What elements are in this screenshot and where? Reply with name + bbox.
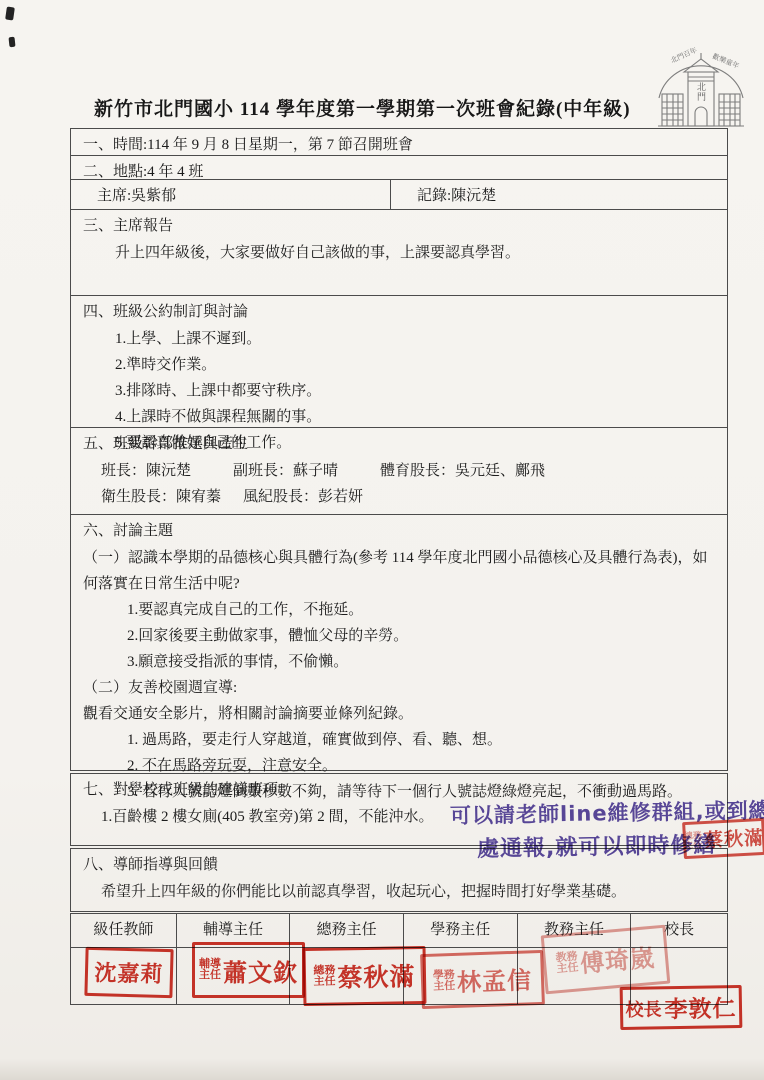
section-heading: 四、班級公約制訂與討論 [83,299,717,326]
stamp-prefix: 總務 主任 [684,831,703,850]
time-row: 一、時間:114 年 9 月 8 日星期一，第 7 節召開班會 [70,128,728,156]
academic-affairs-director-stamp: 教務 主任 傅琦崴 [541,925,671,995]
school-emblem-icon: 北門百年 歡樂童年 北 門 [650,46,752,132]
topic-intro: 觀看交通安全影片，將相關討論摘要並條列紀錄。 [83,701,717,727]
scan-artifact-speck [5,7,15,21]
meeting-record-table: 一、時間:114 年 9 月 8 日星期一，第 7 節召開班會 二、地點:4 年… [70,128,728,1005]
homeroom-teacher-stamp: 沈嘉莉 [84,947,173,998]
section-class-rules: 四、班級公約制訂與討論 1.上學、上課不遲到。 2.準時交作業。 3.排隊時、上… [70,295,728,428]
stamp-prefix: 輔導 主任 [199,959,221,981]
counseling-director-stamp: 輔導 主任 蕭文欽 [192,942,305,998]
stamp-name: 蔡秋滿 [337,957,416,994]
stamp-prefix: 校長 [625,995,661,1022]
page-title: 新竹市北門國小 114 學年度第一學期第一次班會紀錄(中年級) [94,94,654,121]
officer: 衛生股長：陳宥蓁 [101,489,221,505]
officer: 副班長：蘇子晴 [233,463,338,479]
stamp-prefix-bottom: 主任 [313,977,335,988]
list-item: 3.排隊時、上課中都要守秩序。 [83,378,717,404]
chair-cell: 主席:吳紫郁 [71,180,391,209]
stamp-prefix-bottom: 主任 [556,962,579,975]
section-class-officers: 五、班級幹部推選與產生 班長：陳沅楚副班長：蘇子晴體育股長：吳元廷、鄺飛 衛生股… [70,427,728,515]
emblem-arc-right-text: 歡樂童年 [711,52,740,71]
stamp-prefix-bottom: 主任 [684,840,702,850]
section-heading: 六、討論主題 [83,518,717,545]
recorder-cell: 記錄:陳沅楚 [391,180,727,209]
list-item: 1.上學、上課不遲到。 [83,326,717,352]
topic-paragraph: （二）友善校園週宣導: [83,675,717,701]
scanned-meeting-record-page: 新竹市北門國小 114 學年度第一學期第一次班會紀錄(中年級) 北門百年 歡樂童… [0,0,764,1080]
section-line: 希望升上四年級的你們能比以前認真學習，收起玩心，把握時間打好學業基礎。 [83,879,717,905]
section-line: 升上四年級後，大家要做好自己該做的事，上課要認真學習。 [83,240,717,266]
stamp-name: 李敦仁 [664,990,737,1024]
stamp-name: 蔡秋滿 [703,823,764,853]
section-heading: 五、班級幹部推選與產生 [83,431,717,458]
section-chair-report: 三、主席報告 升上四年級後，大家要做好自己該做的事，上課要認真學習。 [70,209,728,296]
list-item: 3.願意接受指派的事情，不偷懶。 [83,649,717,675]
stamp-prefix-bottom: 主任 [433,980,455,992]
emblem-tower-label-top: 北 [697,81,706,92]
stamp-prefix: 總務 主任 [313,966,335,988]
stamp-prefix-bottom: 主任 [199,970,221,981]
chair-recorder-row: 主席:吳紫郁 記錄:陳沅楚 [70,179,728,210]
stamp-name: 沈嘉莉 [94,956,164,989]
list-item: 2.回家後要主動做家事，體恤父母的辛勞。 [83,623,717,649]
general-affairs-annotation-stamp: 總務 主任 蔡秋滿 [682,818,764,859]
scan-artifact-speck [8,37,15,48]
officer-line: 班長：陳沅楚副班長：蘇子晴體育股長：吳元廷、鄺飛 [83,458,717,484]
officer: 風紀股長：彭若妍 [243,489,363,505]
stamp-prefix: 教務 主任 [555,951,579,975]
student-affairs-director-stamp: 學務 主任 林孟信 [420,950,545,1009]
topic-paragraph: （一）認識本學期的品德核心與具體行為(參考 114 學年度北門國小品德核心及具體… [83,545,717,597]
list-item: 1.要認真完成自己的工作，不拖延。 [83,597,717,623]
section-discussion-topics: 六、討論主題 （一）認識本學期的品德核心與具體行為(參考 114 學年度北門國小… [70,514,728,771]
officer: 班長：陳沅楚 [101,463,191,479]
stamp-prefix: 學務 主任 [433,969,456,992]
signature-header: 級任教師 [71,914,177,947]
officer-line: 衛生股長：陳宥蓁風紀股長：彭若妍 [83,484,717,510]
signature-header: 總務主任 [290,914,404,947]
signature-header: 學務主任 [404,914,518,947]
principal-stamp: 校長 李敦仁 [620,985,743,1030]
stamp-name: 林孟信 [456,960,532,998]
section-heading: 三、主席報告 [83,213,717,240]
list-item: 1. 過馬路，要走行人穿越道，確實做到停、看、聽、想。 [83,727,717,753]
handwritten-note-line2: 處通報,就可以即時修繕 [477,828,717,863]
general-affairs-director-stamp: 總務 主任 蔡秋滿 [303,946,427,1006]
stamp-name: 蕭文欽 [223,953,298,988]
officer: 體育股長：吳元廷、鄺飛 [380,463,545,479]
place-row: 二、地點:4 年 4 班 [70,155,728,180]
list-item: 2.準時交作業。 [83,352,717,378]
emblem-tower-label-bottom: 門 [697,92,706,102]
stamp-name: 傅琦崴 [579,938,657,979]
emblem-arc-left-text: 北門百年 [669,46,698,65]
